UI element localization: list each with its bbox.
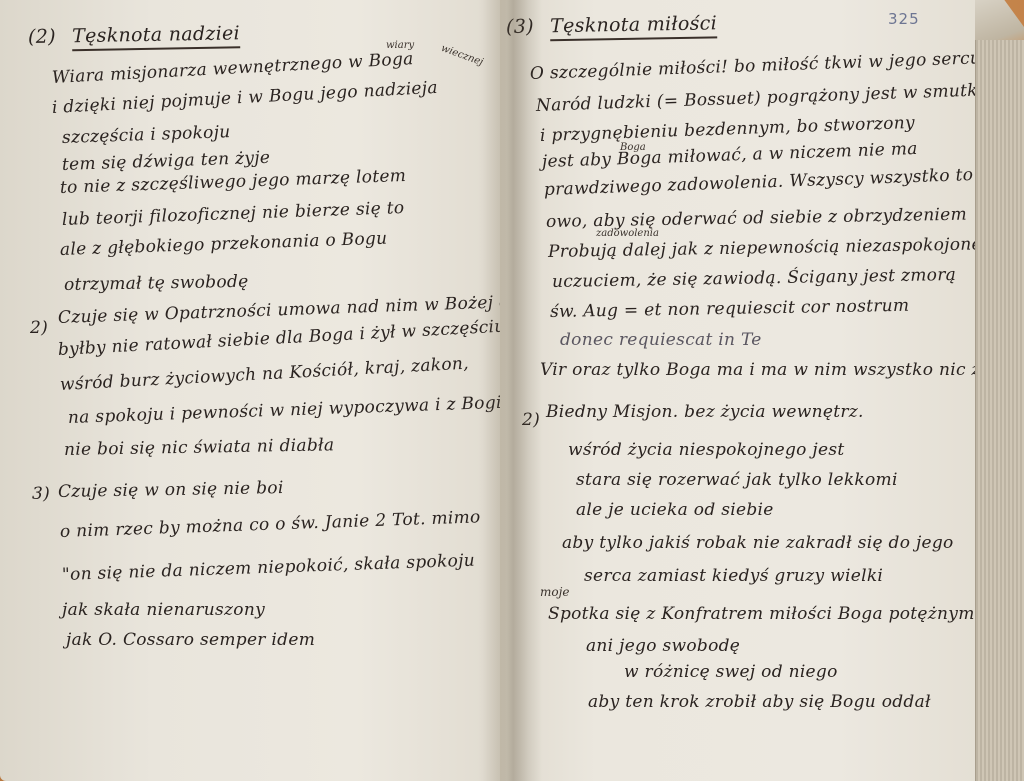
manuscript-line: Spotka się z Konfratrem miłości Boga pot… <box>548 604 975 624</box>
manuscript-line: św. Aug = et non requiescit cor nostrum <box>550 296 910 322</box>
manuscript-line: uczuciem, że się zawiodą. Ścigany jest z… <box>552 265 956 292</box>
manuscript-line: Naród ludzki (= Bossuet) pogrążony jest … <box>536 80 978 116</box>
manuscript-line: nie boi się nic świata ni diabła <box>64 435 335 460</box>
page-number: 325 <box>888 10 920 28</box>
section-title: Tęsknota nadziei <box>72 22 240 51</box>
manuscript-line: jak O. Cossaro semper idem <box>66 630 315 650</box>
manuscript-line: Vir oraz tylko Boga ma i ma w nim wszyst… <box>540 360 978 380</box>
manuscript-line: w różnicę swej od niego <box>624 662 838 682</box>
manuscript-line: "on się nie da niczem niepokoić, skała s… <box>62 551 476 585</box>
manuscript-line: szczęścia i spokoju <box>62 122 231 148</box>
manuscript-line: stara się rozerwać jak tylko lekkomi <box>576 470 898 490</box>
item-number: 3) <box>32 484 50 504</box>
interlinear-note: moje <box>540 585 569 599</box>
section-title: Tęsknota miłości <box>550 12 717 41</box>
manuscript-line: otrzymał tę swobodę <box>64 272 249 295</box>
manuscript-line: wśród burz życiowych na Kościół, kraj, z… <box>59 354 469 395</box>
stacked-page-edges <box>975 40 1024 781</box>
section-number: (3) <box>506 16 534 38</box>
manuscript-line: aby tylko jakiś robak nie zakradł się do… <box>562 533 954 553</box>
open-notebook: (2) Tęsknota nadziei wiary wiecznej Wiar… <box>0 0 1024 781</box>
interlinear-note: zadowolenia <box>596 228 659 239</box>
manuscript-line: ani jego swobodę <box>586 636 740 656</box>
manuscript-line: donec requiescat in Te <box>560 330 762 350</box>
manuscript-line: aby ten krok zrobił aby się Bogu oddał <box>588 692 931 712</box>
manuscript-line: ale je ucieka od siebie <box>576 500 774 520</box>
manuscript-line: na spokoju i pewności w niej wypoczywa i… <box>68 392 508 428</box>
manuscript-line: O szczególnie miłości! bo miłość tkwi w … <box>530 48 978 84</box>
item-number: 2) <box>522 410 540 430</box>
manuscript-line: Biedny Misjon. bez życia wewnętrz. <box>546 402 864 422</box>
manuscript-line: jak skała nienaruszony <box>62 600 265 620</box>
manuscript-line: o nim rzec by można co o św. Janie 2 Tot… <box>60 507 481 542</box>
left-page-heading: (2) Tęsknota nadziei <box>28 22 240 48</box>
item-number: 2) <box>30 318 48 338</box>
manuscript-line: prawdziwego zadowolenia. Wszyscy wszystk… <box>544 165 978 200</box>
manuscript-line: lub teorji filozoficznej nie bierze się … <box>62 198 405 230</box>
manuscript-line: serca zamiast kiedyś gruzy wielki <box>584 566 883 586</box>
right-page-heading: (3) Tęsknota miłości <box>506 12 717 38</box>
right-page: (3) Tęsknota miłości O szczególnie miłoś… <box>500 0 978 781</box>
left-page: (2) Tęsknota nadziei wiary wiecznej Wiar… <box>0 0 508 781</box>
manuscript-line: wśród życia niespokojnego jest <box>568 440 845 460</box>
manuscript-line: ale z głębokiego przekonania o Bogu <box>60 229 388 260</box>
section-number: (2) <box>28 26 56 48</box>
manuscript-line: Czuje się w on się nie boi <box>58 478 284 502</box>
interlinear-note: wiecznej <box>439 43 484 68</box>
